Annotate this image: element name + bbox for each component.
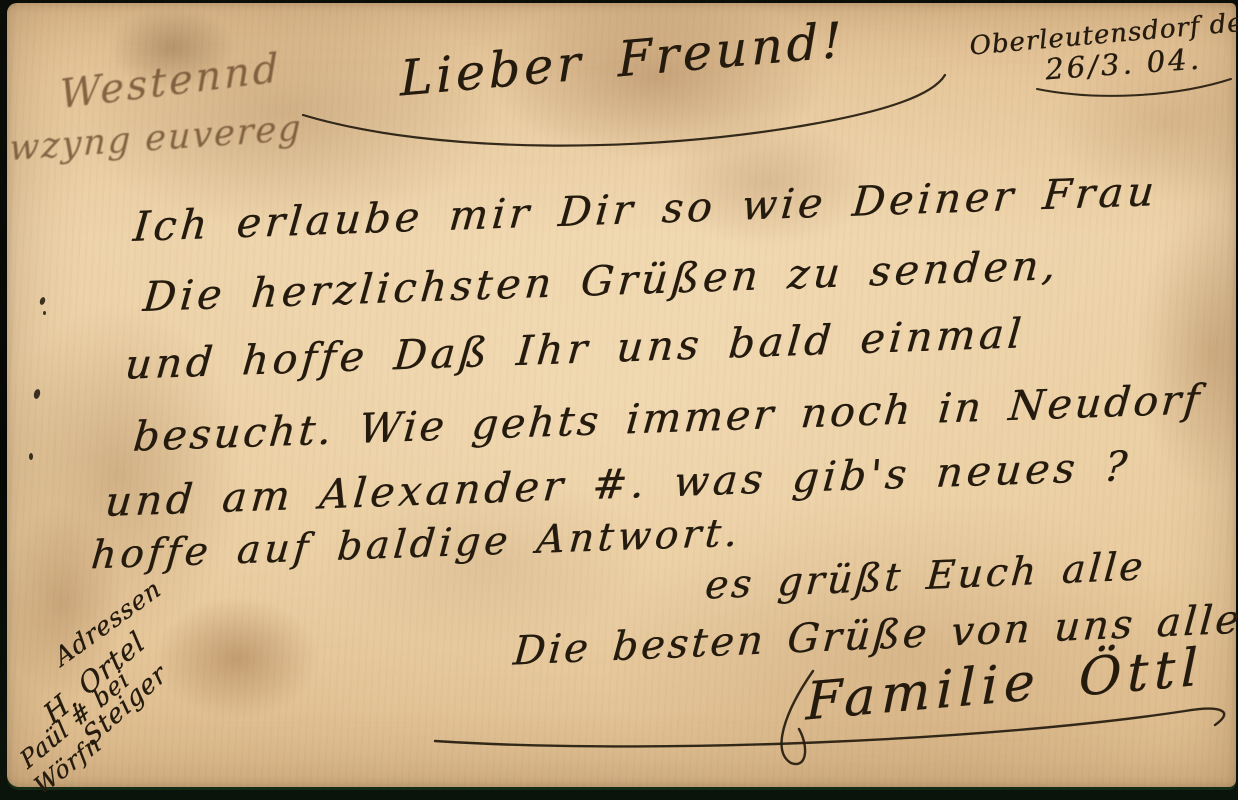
postcard-paper: Oberleutensdorf den 26/3. 04. Westennd w… — [7, 3, 1236, 787]
body-line-1: Ich erlaube mir Dir so wie Deiner Frau — [131, 167, 1160, 251]
faded-note-line-2: wzyng euvereg — [9, 109, 304, 170]
ink-blot — [43, 311, 46, 315]
body-line-3: und hoffe Daß Ihr uns bald einmal — [123, 309, 1027, 389]
ink-blot — [33, 388, 41, 399]
ink-blot — [39, 296, 46, 305]
closing-line-1: es grüßt Euch alle — [703, 544, 1147, 608]
faded-note-line-1: Westennd — [59, 45, 281, 118]
postcard-scan: Oberleutensdorf den 26/3. 04. Westennd w… — [0, 0, 1238, 800]
ink-blot — [29, 453, 33, 460]
salutation: Lieber Freund! — [399, 11, 845, 107]
body-line-2: Die herzlichsten Grüßen zu senden, — [141, 241, 1061, 321]
